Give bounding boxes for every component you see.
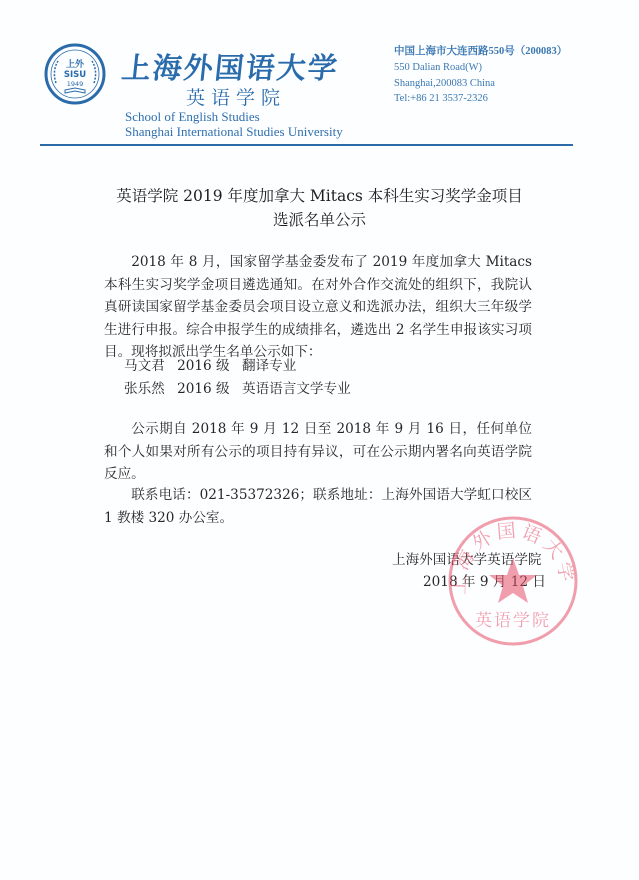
university-name-cn: 上海外国语大学 — [120, 46, 341, 87]
document-title-line-1: 英语学院 2019 年度加拿大 Mitacs 本科生实习奖学金项目 — [0, 184, 639, 206]
header-divider — [40, 144, 573, 146]
svg-text:上外: 上外 — [66, 58, 85, 70]
student-major: 英语语言文学专业 — [242, 381, 351, 397]
address-block: 中国上海市大连西路550号（200083） 550 Dalian Road(W)… — [394, 44, 567, 107]
svg-text:SISU: SISU — [64, 70, 86, 80]
address-cn: 中国上海市大连西路550号（200083） — [394, 44, 567, 60]
address-line-2: Shanghai,200083 China — [394, 76, 567, 92]
svg-text:1949: 1949 — [67, 80, 84, 88]
student-name: 马文君 — [124, 358, 165, 374]
student-row: 马文君 2016 级 翻译专业 — [124, 355, 359, 378]
svg-text:英语学院: 英语学院 — [475, 611, 551, 631]
school-name-en: School of English Studies — [125, 109, 260, 125]
address-line-1: 550 Dalian Road(W) — [394, 60, 567, 76]
student-list: 马文君 2016 级 翻译专业 张乐然 2016 级 英语语言文学专业 — [124, 355, 359, 401]
official-seal-stamp-icon: 上海外国语大学 英语学院 — [446, 514, 580, 648]
school-name-cn: 英语学院 — [186, 83, 286, 110]
university-name-en: Shanghai International Studies Universit… — [125, 124, 343, 140]
student-major: 翻译专业 — [242, 358, 296, 374]
public-notice-period-paragraph: 公示期自 2018 年 9 月 12 日至 2018 年 9 月 16 日，任何… — [104, 418, 532, 486]
document-title-line-2: 选派名单公示 — [0, 208, 639, 230]
university-seal-icon: 上外 SISU 1949 — [44, 43, 106, 105]
student-row: 张乐然 2016 级 英语语言文学专业 — [124, 378, 359, 401]
student-grade: 2016 级 — [177, 358, 230, 374]
student-grade: 2016 级 — [177, 381, 230, 397]
telephone: Tel:+86 21 3537-2326 — [394, 91, 567, 107]
document-page: 上外 SISU 1949 上海外国语大学 英语学院 School of Engl… — [0, 0, 639, 880]
student-name: 张乐然 — [124, 381, 165, 397]
announcement-paragraph: 2018 年 8 月，国家留学基金委发布了 2019 年度加拿大 Mitacs … — [104, 251, 532, 364]
